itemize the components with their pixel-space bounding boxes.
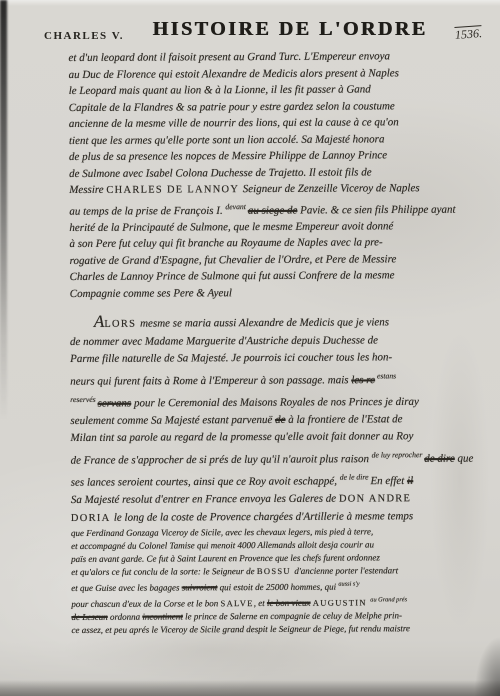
- handwritten-text: LORS: [104, 319, 140, 330]
- handwritten-text: qui estoit de 25000 hommes, qui: [217, 582, 338, 593]
- manuscript-page: CHARLES V. HISTOIRE DE L'ORDRE 1536. et …: [0, 0, 500, 696]
- handwritten-text: herité de la Principauté de Sulmone, que…: [69, 220, 393, 234]
- handwritten-text: seulement comme Sa Majesté estant parven…: [70, 414, 275, 427]
- handwritten-text: pour le Ceremonial des Maisons Royales d…: [131, 396, 419, 410]
- handwritten-text: à son Pere fut celuy qui fit branche au …: [69, 237, 382, 251]
- handwritten-text: AUGUSTIN: [313, 598, 371, 608]
- manuscript-line: Compagnie comme ses Pere & Ayeul: [70, 284, 462, 303]
- manuscript-line: à son Pere fut celuy qui fit branche au …: [69, 234, 461, 253]
- manuscript-line: Sa Majesté resolut d'entrer en France en…: [71, 490, 463, 510]
- manuscript-line: Parme fille naturelle de Sa Majesté. Je …: [70, 349, 462, 369]
- handwritten-text: et que Guise avec les bagages: [71, 583, 182, 594]
- manuscript-line: rogative de Grand d'Espagne, fut Chevali…: [70, 251, 462, 270]
- handwritten-text: et d'un leopard dont il faisoit present …: [68, 50, 390, 64]
- handwritten-text: tient que les armes qu'elle porte sont u…: [69, 133, 385, 147]
- handwritten-text: de France de s'approcher de si prés de l…: [71, 453, 372, 467]
- manuscript-body: et d'un leopard dont il faisoit present …: [68, 48, 463, 637]
- manuscript-line: de plus de sa presence les nopces de Mes…: [69, 147, 461, 166]
- handwritten-text: de plus de sa presence les nopces de Mes…: [69, 149, 387, 163]
- struck-text: servans: [98, 397, 132, 409]
- manuscript-line: DORIA le long de la coste de Provence ch…: [71, 508, 463, 528]
- handwritten-text: Milan tint sa parole au regard de la pro…: [70, 431, 413, 445]
- handwritten-text: d'ancienne porter l'estendart: [294, 566, 398, 577]
- manuscript-line: de France de s'approcher de si prés de l…: [71, 446, 463, 470]
- handwritten-text: ce assez, et peu aprés le Viceroy de Sic…: [71, 624, 410, 636]
- handwritten-text: le long de la coste de Provence chargées…: [114, 510, 413, 524]
- handwritten-text: Parme fille naturelle de Sa Majesté. Je …: [70, 351, 392, 365]
- scan-edge-top: [0, 0, 500, 6]
- struck-text: de dire: [424, 453, 455, 465]
- struck-text: suivroient: [182, 583, 218, 593]
- handwritten-text: le Leopard mais quant au lion & à la Lio…: [69, 83, 371, 97]
- handwritten-text: de nommer avec Madame Marguerite d'Austr…: [70, 334, 378, 348]
- manuscript-line: ALORS mesme se maria aussi Alexandre de …: [70, 311, 462, 334]
- handwritten-text: pour chascun d'eux de la Corse et le bon: [71, 599, 220, 610]
- handwritten-text: neurs qui furent faits à Rome à l'Empere…: [70, 374, 351, 387]
- running-date: 1536.: [455, 26, 483, 43]
- struck-text: de Lescun: [71, 612, 107, 622]
- handwritten-text: et accompagné du Colonel Tamise qui meno…: [71, 540, 374, 552]
- handwritten-text: mesme se maria aussi Alexandre de Medici…: [140, 317, 389, 330]
- interline-insertion: reservés: [70, 395, 97, 404]
- handwritten-text: ses lances seroient courtes, ainsi que c…: [71, 475, 340, 488]
- handwritten-text: Seigneur de Zenzeille Viceroy de Naples: [243, 182, 420, 195]
- struck-text: incontinent: [142, 612, 183, 622]
- struck-text: les re: [351, 374, 375, 386]
- interline-insertion: aussi s'y: [338, 581, 359, 588]
- manuscript-line: de nommer avec Madame Marguerite d'Austr…: [70, 332, 462, 352]
- handwritten-text: au temps de la prise de François I.: [69, 204, 225, 217]
- handwritten-text: ordonna: [108, 612, 143, 622]
- struck-text: de: [275, 414, 285, 426]
- manuscript-line: Milan tint sa parole au regard de la pro…: [70, 428, 462, 448]
- manuscript-line: Capitale de la Flandres & sa patrie pour…: [69, 97, 461, 116]
- handwritten-text: Compagnie comme ses Pere & Ayeul: [70, 287, 232, 300]
- handwritten-text: BOSSU: [257, 566, 295, 576]
- struck-text: au siege de: [248, 204, 298, 216]
- handwritten-text: Pavie. & ce sien fils Philippe ayant: [297, 203, 455, 216]
- handwritten-text: que: [455, 453, 474, 465]
- manuscript-line: pour chascun d'eux de la Corse et le bon…: [71, 593, 463, 611]
- manuscript-line: Messire CHARLES DE LANNOY Seigneur de Ze…: [69, 180, 461, 200]
- handwritten-text: SALVE: [220, 598, 253, 608]
- handwritten-text: païs en avant garde. Ce fut à Saint Laur…: [71, 553, 380, 565]
- handwritten-text: Capitale de la Flandres & sa patrie pour…: [69, 100, 395, 114]
- manuscript-line: ce assez, et peu aprés le Viceroy de Sic…: [71, 622, 463, 637]
- manuscript-line: au temps de la prise de François I. deva…: [69, 197, 461, 219]
- handwritten-text: et qu'alors ce fut conclu de la sorte: l…: [71, 566, 257, 577]
- manuscript-line: Charles de Lannoy Prince de Sulmone qui …: [70, 267, 462, 286]
- handwritten-text: rogative de Grand d'Espagne, fut Chevali…: [70, 253, 397, 267]
- handwritten-text: DORIA: [71, 513, 114, 524]
- scan-edge-bottom: [0, 680, 500, 696]
- handwritten-text: A: [94, 312, 105, 331]
- manuscript-line: le Leopard mais quant au lion & à la Lio…: [69, 81, 461, 100]
- interline-insertion: devant: [225, 202, 247, 211]
- handwritten-text: En effet: [370, 475, 407, 487]
- manuscript-line: ses lances seroient courtes, ainsi que c…: [71, 468, 463, 492]
- struck-text: le bon vieux: [267, 598, 311, 608]
- handwritten-text: CHARLES DE LANNOY: [106, 184, 242, 196]
- manuscript-line: tient que les armes qu'elle porte sont u…: [69, 130, 461, 149]
- page-title: HISTOIRE DE L'ORDRE: [140, 18, 440, 41]
- handwritten-text: DON ANDRE: [339, 494, 411, 505]
- scan-edge-left: [0, 0, 7, 420]
- handwritten-text: que Ferdinand Gonzaga Viceroy de Sicile,…: [71, 527, 373, 539]
- manuscript-line: seulement comme Sa Majesté estant parven…: [70, 411, 462, 431]
- manuscript-line: de Sulmone avec Isabel Colona Duchesse d…: [69, 163, 461, 182]
- struck-text: il: [407, 475, 413, 487]
- manuscript-line: reservés servans pour le Ceremonial des …: [70, 389, 462, 413]
- manuscript-line: au Duc de Florence qui estoit Alexandre …: [69, 64, 461, 83]
- handwritten-text: au Duc de Florence qui estoit Alexandre …: [69, 67, 399, 81]
- handwritten-text: Messire: [69, 184, 106, 196]
- interline-insertion: estans: [375, 371, 396, 380]
- handwritten-text: ancienne de la mesme ville de nourrir de…: [69, 116, 399, 130]
- handwritten-text: , et: [254, 598, 267, 608]
- manuscript-line: et d'un leopard dont il faisoit present …: [68, 48, 460, 67]
- handwritten-text: le prince de Salerne en compagnie de cel…: [183, 611, 402, 622]
- handwritten-text: à la frontiere de l'Estat de: [285, 413, 402, 426]
- manuscript-line: ancienne de la mesme ville de nourrir de…: [69, 114, 461, 133]
- running-head-charles: CHARLES V.: [44, 30, 124, 42]
- manuscript-line: herité de la Principauté de Sulmone, que…: [69, 218, 461, 237]
- manuscript-line: neurs qui furent faits à Rome à l'Empere…: [70, 367, 462, 391]
- handwritten-text: Charles de Lannoy Prince de Sulmone qui …: [70, 269, 395, 283]
- handwritten-text: Sa Majesté resolut d'entrer en France en…: [71, 493, 339, 506]
- interline-insertion: de le dire: [340, 473, 371, 482]
- handwritten-text: de Sulmone avec Isabel Colona Duchesse d…: [69, 166, 372, 180]
- interline-insertion: de luy reprocher: [372, 450, 425, 459]
- interline-insertion: au Grand prés: [370, 597, 407, 604]
